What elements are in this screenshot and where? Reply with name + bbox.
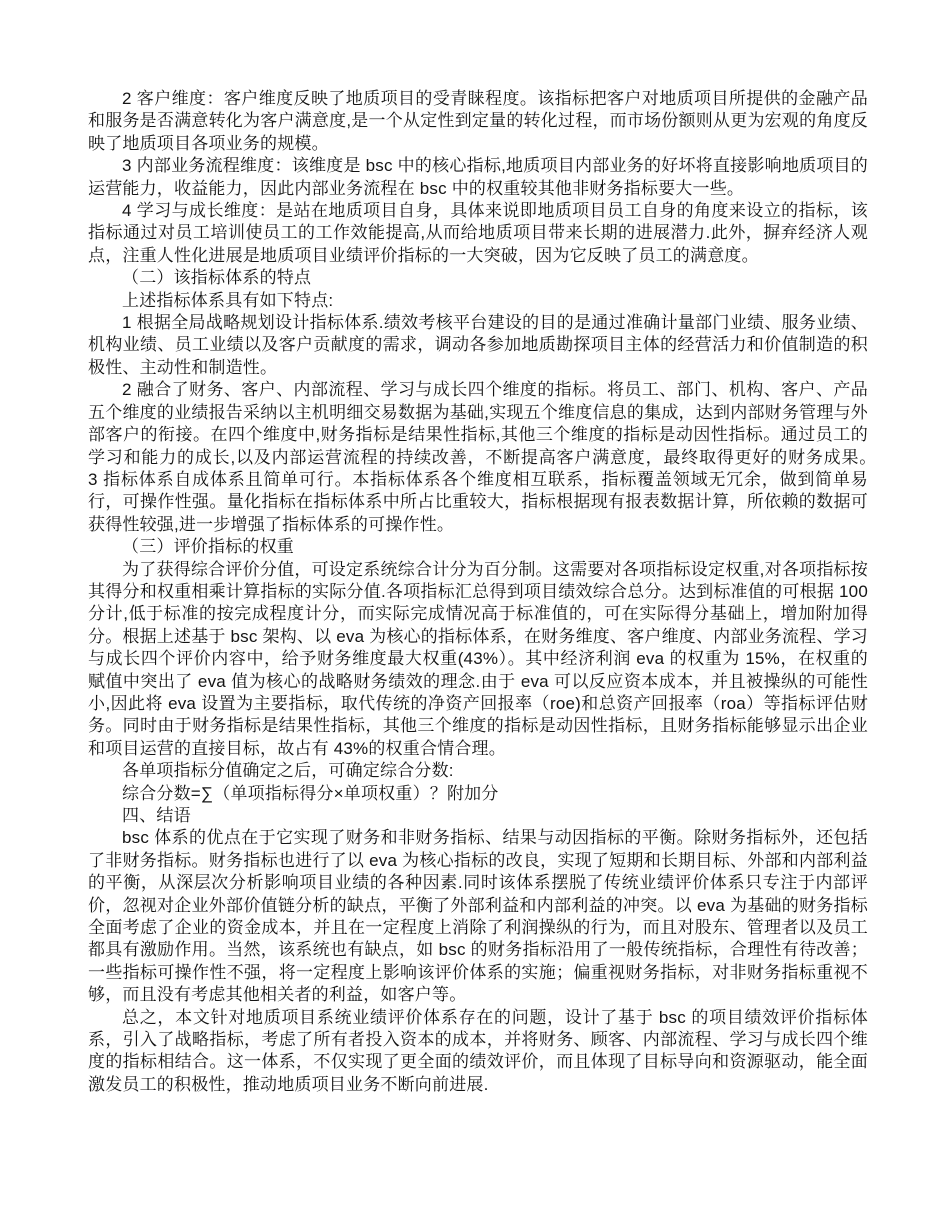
paragraph: bsc 体系的优点在于它实现了财务和非财务指标、结果与动因指标的平衡。除财务指标… bbox=[88, 827, 868, 1006]
paragraph: 综合分数=∑（单项指标得分×单项权重）？附加分 bbox=[88, 783, 868, 805]
paragraph: 总之，本文针对地质项目系统业绩评价体系存在的问题，设计了基于 bsc 的项目绩效… bbox=[88, 1007, 868, 1097]
section-heading: （三）评价指标的权重 bbox=[88, 536, 868, 558]
paragraph: 2 客户维度：客户维度反映了地质项目的受青睐程度。该指标把客户对地质项目所提供的… bbox=[88, 88, 868, 155]
document-page: 2 客户维度：客户维度反映了地质项目的受青睐程度。该指标把客户对地质项目所提供的… bbox=[0, 0, 950, 1230]
paragraph: 3 内部业务流程维度：该维度是 bsc 中的核心指标,地质项目内部业务的好坏将直… bbox=[88, 155, 868, 200]
paragraph: 为了获得综合评价分值，可设定系统综合计分为百分制。这需要对各项指标设定权重,对各… bbox=[88, 559, 868, 761]
paragraph: 1 根据全局战略规划设计指标体系.绩效考核平台建设的目的是通过准确计量部门业绩、… bbox=[88, 312, 868, 379]
section-heading: 四、结语 bbox=[88, 805, 868, 827]
paragraph: 4 学习与成长维度：是站在地质项目自身，具体来说即地质项目员工自身的角度来设立的… bbox=[88, 200, 868, 267]
document-body: 2 客户维度：客户维度反映了地质项目的受青睐程度。该指标把客户对地质项目所提供的… bbox=[88, 88, 868, 1096]
paragraph: 各单项指标分值确定之后，可确定综合分数: bbox=[88, 760, 868, 782]
paragraph: 2 融合了财务、客户、内部流程、学习与成长四个维度的指标。将员工、部门、机构、客… bbox=[88, 379, 868, 536]
section-heading: （二）该指标体系的特点 bbox=[88, 267, 868, 289]
paragraph: 上述指标体系具有如下特点: bbox=[88, 290, 868, 312]
